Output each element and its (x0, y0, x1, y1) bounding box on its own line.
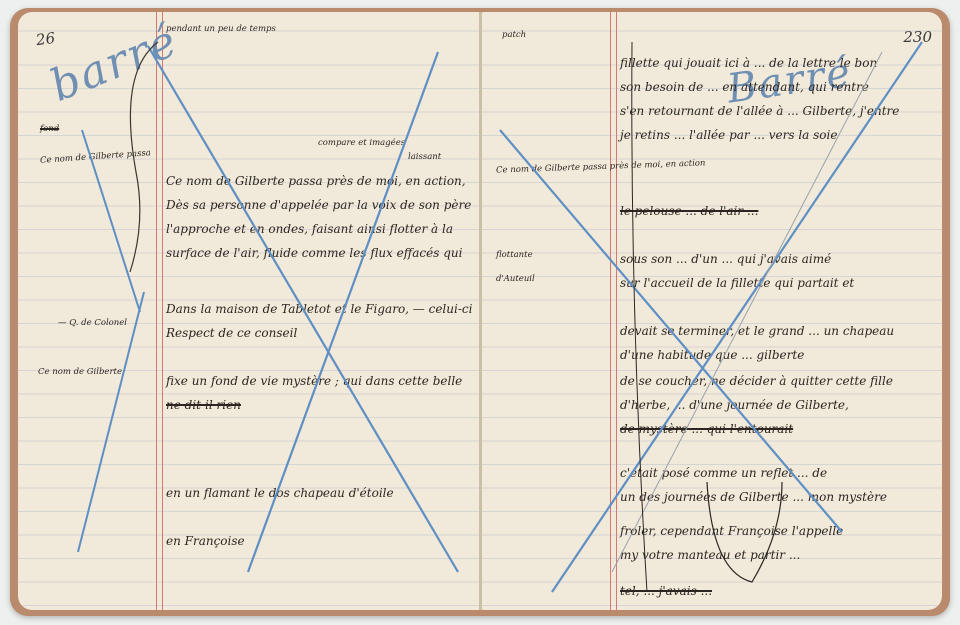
left-page: 26 barré pendant un peu de temps compare… (18, 12, 480, 610)
blue-pencil-strikethrough (482, 12, 942, 610)
blue-pencil-strikethrough (18, 12, 480, 610)
right-page: 230 Barré patch Ce nom de Gilberte passa… (482, 12, 942, 610)
notebook: 26 barré pendant un peu de temps compare… (10, 8, 950, 616)
